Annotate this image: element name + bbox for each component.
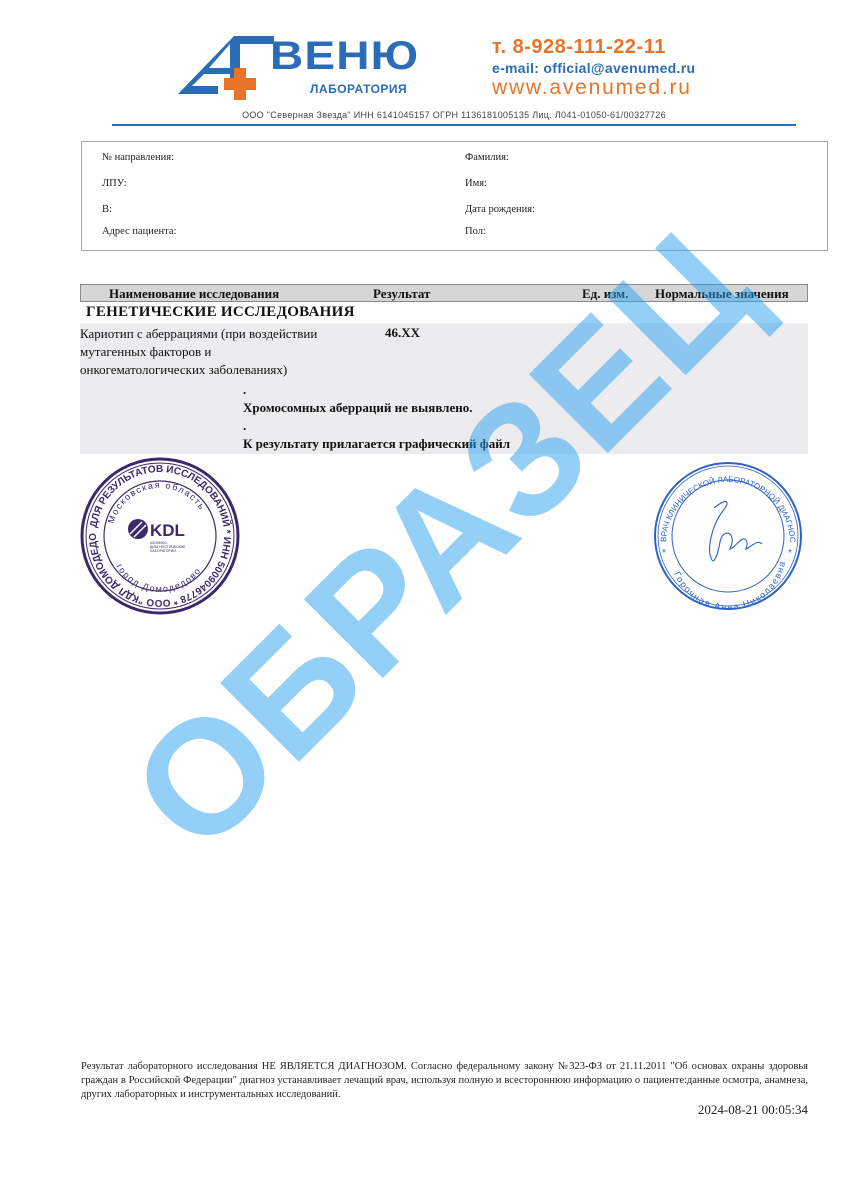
birthdate-label: Дата рождения: <box>465 204 535 215</box>
surname-label: Фамилия: <box>465 152 509 163</box>
table-row: Кариотип с аберрациями (при воздействии … <box>80 323 808 454</box>
section-title: ГЕНЕТИЧЕСКИЕ ИССЛЕДОВАНИЯ <box>86 304 355 321</box>
column-result: Результат <box>373 285 430 302</box>
phone-number: т. 8-928-111-22-11 <box>492 36 792 58</box>
brand-name: ВЕНЮ <box>270 36 419 76</box>
print-timestamp: 2024-08-21 00:05:34 <box>698 1102 808 1118</box>
comment-line: . <box>243 381 510 399</box>
comment-line: Хромосомных аберраций не выявлено. <box>243 399 510 417</box>
v-label: В: <box>102 204 112 215</box>
comment-line: . <box>243 417 510 435</box>
test-name: Кариотип с аберрациями (при воздействии … <box>80 325 320 379</box>
logo-a-plus-icon <box>178 32 278 102</box>
email: e-mail: official@avenumed.ru <box>492 60 792 76</box>
first-name-label: Имя: <box>465 178 487 189</box>
column-unit: Ед. изм. <box>582 285 628 302</box>
test-result: 46.XX <box>385 325 420 341</box>
lpu-label: ЛПУ: <box>102 178 127 189</box>
column-test-name: Наименование исследования <box>109 285 279 302</box>
column-normal-values: Нормальные значения <box>655 285 789 302</box>
svg-text:KDL: KDL <box>150 521 185 540</box>
svg-text:ЛАБОРАТОРИИ: ЛАБОРАТОРИИ <box>150 549 176 553</box>
avenu-logo: ВЕНЮ ЛАБОРАТОРИЯ <box>178 32 438 102</box>
patient-address-label: Адрес пациента: <box>102 226 176 237</box>
contacts: т. 8-928-111-22-11 e-mail: official@aven… <box>492 36 792 100</box>
lab-seal-icon: ДЛЯ РЕЗУЛЬТАТОВ ИССЛЕДОВАНИЙ * ИНН 50090… <box>80 456 240 616</box>
result-comments: . Хромосомных аберраций не выявлено. . К… <box>243 381 510 453</box>
header-divider <box>112 124 796 126</box>
patient-info-box: № направления: ЛПУ: В: Адрес пациента: Ф… <box>81 141 828 251</box>
results-table-header: Наименование исследования Результат Ед. … <box>80 284 808 302</box>
brand-subtitle: ЛАБОРАТОРИЯ <box>310 82 407 96</box>
doctor-seal-icon: ВРАЧ КЛИНИЧЕСКОЙ ЛАБОРАТОРНОЙ ДИАГНОСТИК… <box>652 460 804 612</box>
svg-text:*: * <box>788 548 792 559</box>
kdl-lab-stamp: ДЛЯ РЕЗУЛЬТАТОВ ИССЛЕДОВАНИЙ * ИНН 50090… <box>80 456 240 616</box>
sex-label: Пол: <box>465 226 486 237</box>
company-info: ООО "Северная Звезда" ИНН 6141045157 ОГР… <box>112 110 796 120</box>
diagnosis-disclaimer: Результат лабораторного исследования НЕ … <box>81 1060 808 1102</box>
svg-text:Горочная Анна Николаевна: Горочная Анна Николаевна <box>672 559 787 612</box>
website: www.avenumed.ru <box>492 76 792 100</box>
svg-text:*: * <box>662 548 666 559</box>
letterhead: ВЕНЮ ЛАБОРАТОРИЯ т. 8-928-111-22-11 e-ma… <box>112 22 796 130</box>
doctor-stamp: ВРАЧ КЛИНИЧЕСКОЙ ЛАБОРАТОРНОЙ ДИАГНОСТИК… <box>652 460 804 612</box>
comment-line: К результату прилагается графический фай… <box>243 435 510 453</box>
referral-number-label: № направления: <box>102 152 174 163</box>
